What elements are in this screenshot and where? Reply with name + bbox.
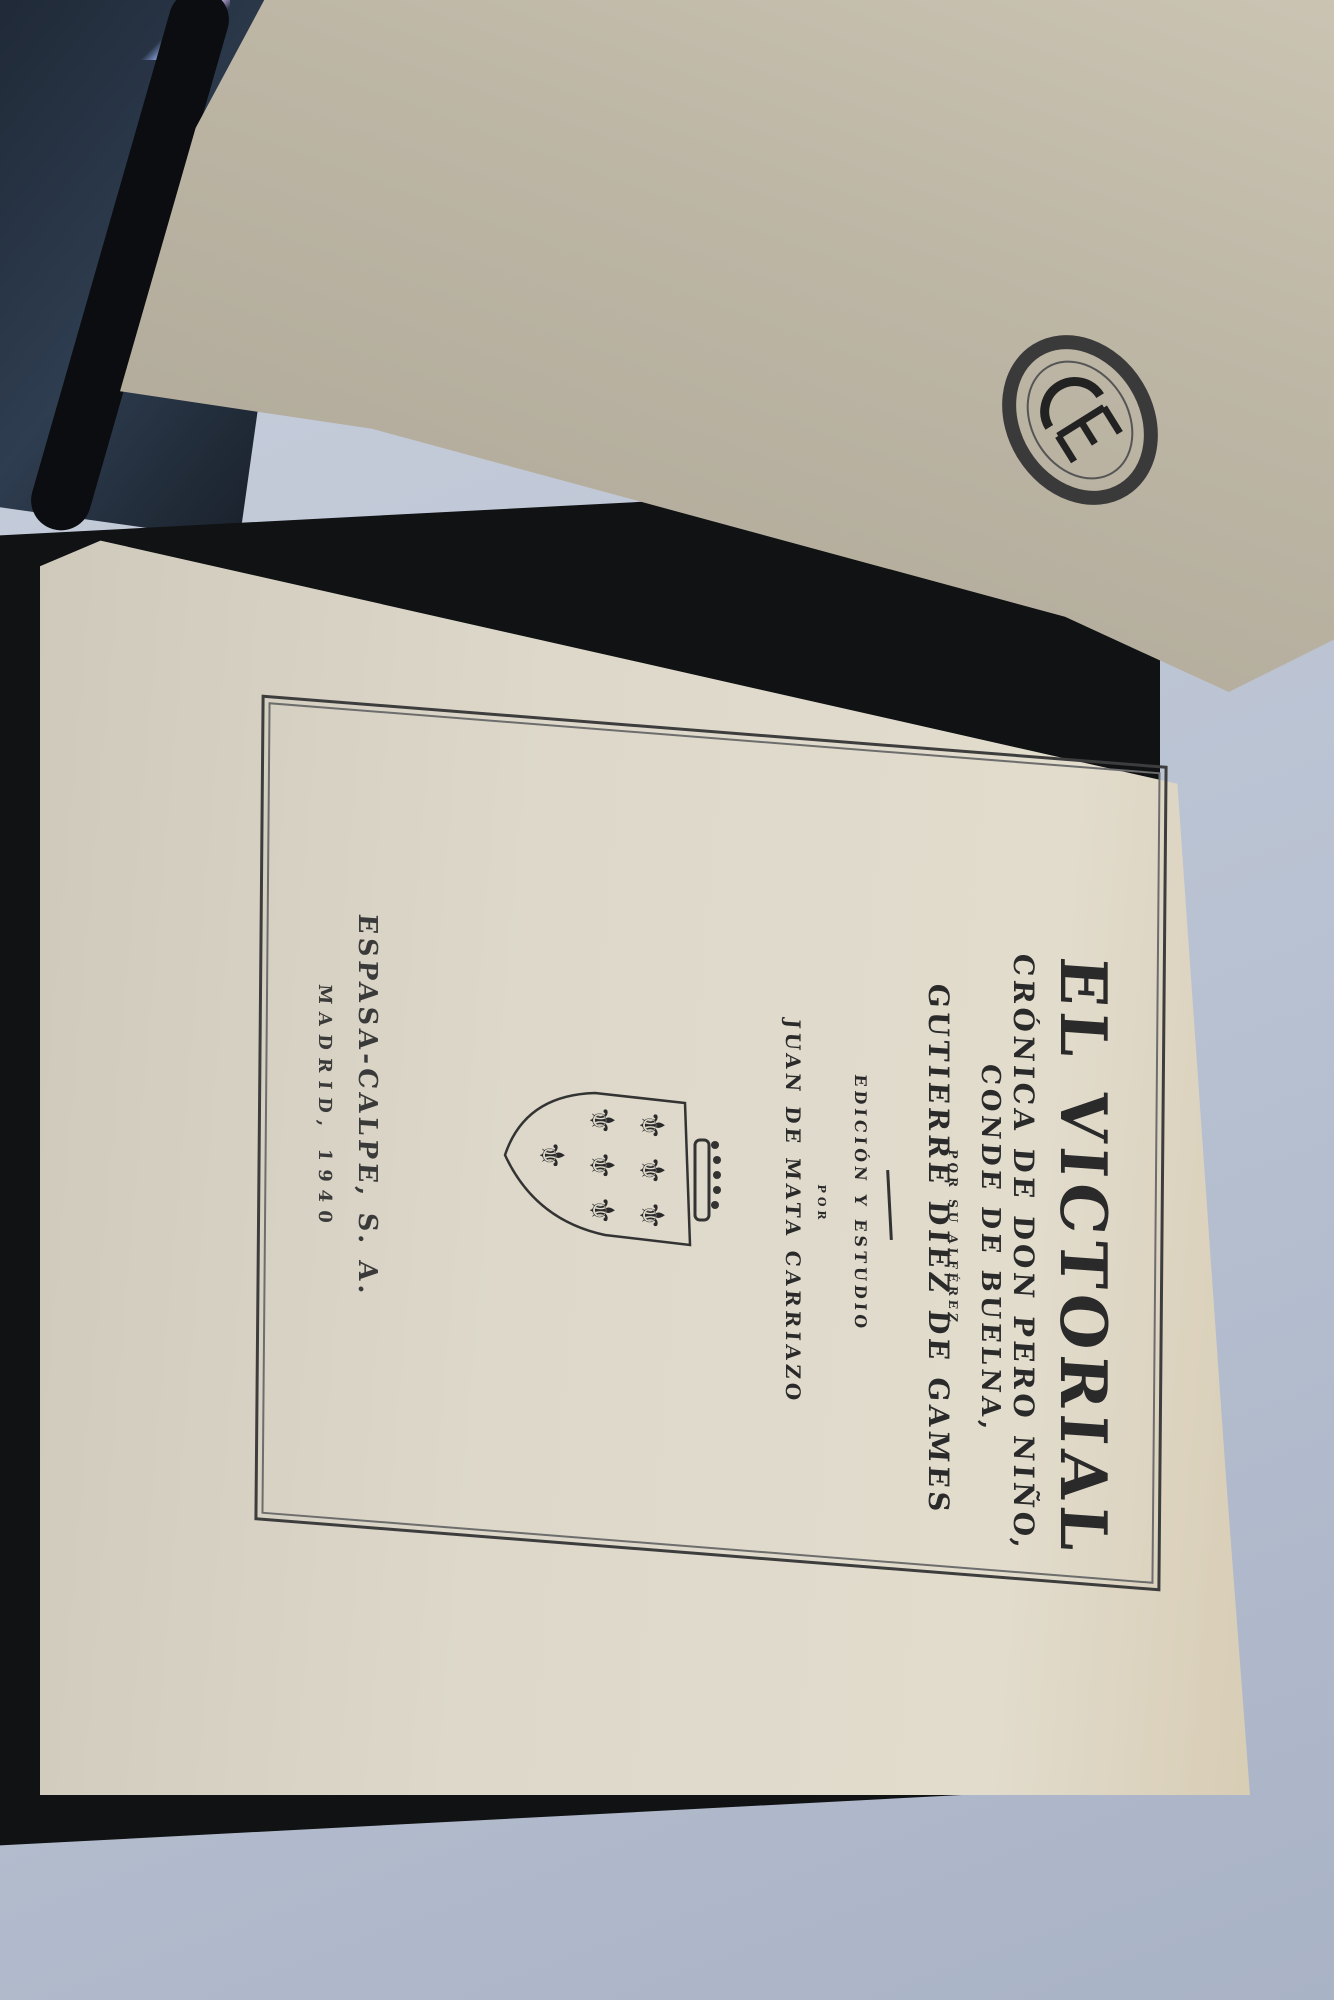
svg-text:⚜: ⚜ — [581, 1150, 621, 1180]
svg-text:⚜: ⚜ — [581, 1105, 621, 1135]
subtitle-line-1: CRÓNICA DE DON PERO NIÑO, — [1007, 953, 1040, 1554]
author-name: GUTIERRE DIEZ DE GAMES — [922, 983, 955, 1517]
coat-of-arms-icon: ⚜ ⚜ ⚜ ⚜ ⚜ ⚜ ⚜ — [495, 1085, 725, 1255]
book-title: EL VICTORIAL — [1045, 955, 1120, 1560]
edition-label: EDICIÓN Y ESTUDIO — [851, 1074, 870, 1333]
editor-by: POR — [815, 1184, 828, 1224]
svg-text:⚜: ⚜ — [631, 1155, 671, 1185]
svg-text:⚜: ⚜ — [581, 1195, 621, 1225]
editor-name: JUAN DE MATA CARRIAZO — [781, 1018, 805, 1405]
subtitle-line-2: CONDE DE BUELNA, — [975, 1063, 1005, 1435]
publication-place-year: MADRID, 1940 — [314, 984, 335, 1232]
svg-text:⚜: ⚜ — [631, 1110, 671, 1140]
svg-text:⚜: ⚜ — [631, 1200, 671, 1230]
svg-text:⚜: ⚜ — [531, 1140, 571, 1170]
publisher-name: ESPASA-CALPE, S. A. — [352, 913, 382, 1299]
